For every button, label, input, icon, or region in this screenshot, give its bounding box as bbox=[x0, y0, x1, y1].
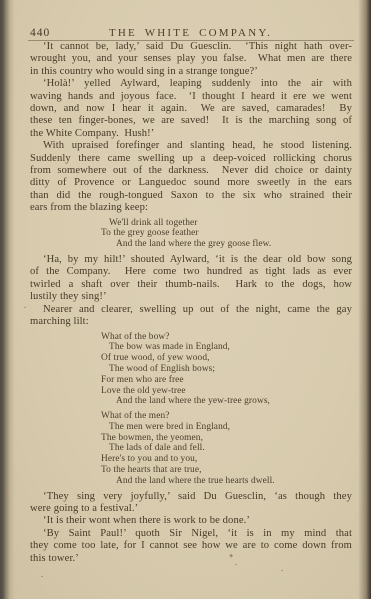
text-line: ditty of Provence or Languedoc sound mor… bbox=[30, 177, 352, 189]
text-line: of the Company. Here come two hundred as… bbox=[30, 266, 352, 278]
verse-line: And the land where the yew-tree grows, bbox=[101, 396, 352, 407]
text-line: Suddenly there came swelling up a deep-v… bbox=[30, 153, 352, 165]
text-line: these ten finger-bones, we are saved! It… bbox=[30, 115, 352, 127]
running-title: THE WHITE COMPANY. bbox=[30, 27, 351, 39]
text-line: ‘Ha, by my hilt!’ shouted Aylward, ‘it i… bbox=[30, 254, 352, 266]
verse-line: The lads of dale and fell. bbox=[101, 443, 352, 454]
verse-line: We'll drink all together bbox=[101, 218, 352, 229]
verse-line: And the land where the true hearts dwell… bbox=[101, 476, 352, 487]
paragraph: ‘Ha, by my hilt!’ shouted Aylward, ‘it i… bbox=[30, 254, 352, 304]
verse-line: What of the men? bbox=[101, 411, 352, 422]
text-line: ‘Holà!’ yelled Aylward, leaping suddenly… bbox=[30, 78, 352, 90]
ink-speck: . bbox=[23, 303, 27, 310]
text-line: twirled a shaft over their thumb-nails. … bbox=[30, 279, 352, 291]
text-line: they come too late, for I cannot see how… bbox=[30, 540, 352, 552]
ink-speck: . bbox=[280, 566, 284, 573]
text-line: this tower.’ bbox=[30, 553, 352, 565]
page-number: 440 bbox=[30, 27, 50, 39]
text-line: than did the rough-tongued Saxon to the … bbox=[30, 190, 352, 202]
text-line: wrought you, and your senses play you fa… bbox=[30, 53, 352, 65]
page-edge-left bbox=[0, 0, 15, 599]
verse-line: The bowmen, the yeomen, bbox=[101, 433, 352, 444]
text-line: down, and now I hear it again. We are sa… bbox=[30, 103, 352, 115]
paragraph: Nearer and clearer, swelling up out of t… bbox=[30, 304, 352, 329]
verse-line: For men who are free bbox=[101, 375, 352, 386]
text-line: from somewhere out of the darkness. Neve… bbox=[30, 165, 352, 177]
text-line: ‘It cannot be, lady,’ said Du Guesclin. … bbox=[30, 41, 352, 53]
verse-line: Love the old yew-tree bbox=[101, 386, 352, 397]
paragraph: ‘They sing very joyfully,’ said Du Guesc… bbox=[30, 491, 352, 516]
verse-line: What of the bow? bbox=[101, 332, 352, 343]
verse-stanza: We'll drink all togetherTo the grey goos… bbox=[101, 218, 352, 250]
verse-stanza: What of the bow?The bow was made in Engl… bbox=[101, 332, 352, 408]
verse-line: The wood of English bows; bbox=[101, 364, 352, 375]
text-line: in this country who would sing in a stra… bbox=[30, 66, 352, 78]
text-line: ‘It is their wont when there is work to … bbox=[30, 515, 352, 527]
verse-line: Of true wood, of yew wood, bbox=[101, 353, 352, 364]
verse-line: And the land where the grey goose flew. bbox=[101, 239, 352, 250]
verse-line: To the hearts that are true, bbox=[101, 465, 352, 476]
paragraph: ‘Holà!’ yelled Aylward, leaping suddenly… bbox=[30, 78, 352, 140]
text-line: marching lilt: bbox=[30, 316, 352, 328]
paragraph: ‘By Saint Paul!’ quoth Sir Nigel, ‘it is… bbox=[30, 528, 352, 565]
book-page: 440 THE WHITE COMPANY. ‘It cannot be, la… bbox=[0, 0, 371, 599]
text-line: ears from the blazing keep: bbox=[30, 202, 352, 214]
paragraph: ‘It is their wont when there is work to … bbox=[30, 515, 352, 527]
text-line: ‘They sing very joyfully,’ said Du Guesc… bbox=[30, 491, 352, 503]
text-line: With upraised forefinger and slanting he… bbox=[30, 140, 352, 152]
text-line: lustily they sing!’ bbox=[30, 291, 352, 303]
verse-line: The men were bred in England, bbox=[101, 422, 352, 433]
page-edge-right bbox=[358, 0, 371, 599]
paragraph: With upraised forefinger and slanting he… bbox=[30, 140, 352, 214]
text-line: ‘By Saint Paul!’ quoth Sir Nigel, ‘it is… bbox=[30, 528, 352, 540]
page-content: ‘It cannot be, lady,’ said Du Guesclin. … bbox=[30, 41, 352, 565]
verse-line: Here's to you and to you, bbox=[101, 454, 352, 465]
text-line: Nearer and clearer, swelling up out of t… bbox=[30, 304, 352, 316]
paragraph: ‘It cannot be, lady,’ said Du Guesclin. … bbox=[30, 41, 352, 78]
text-line: the White Company. Hush!’ bbox=[30, 128, 352, 140]
verse-line: To the grey goose feather bbox=[101, 228, 352, 239]
ink-speck: + bbox=[229, 553, 233, 560]
page-header: 440 THE WHITE COMPANY. bbox=[30, 27, 351, 41]
verse-line: The bow was made in England, bbox=[101, 342, 352, 353]
ink-speck: . bbox=[234, 560, 238, 567]
verse-stanza: What of the men?The men were bred in Eng… bbox=[101, 411, 352, 487]
text-line: were going to a festival.’ bbox=[30, 503, 352, 515]
text-line: waving hands and joyous face. ‘I thought… bbox=[30, 91, 352, 103]
ink-speck: . bbox=[40, 572, 44, 579]
